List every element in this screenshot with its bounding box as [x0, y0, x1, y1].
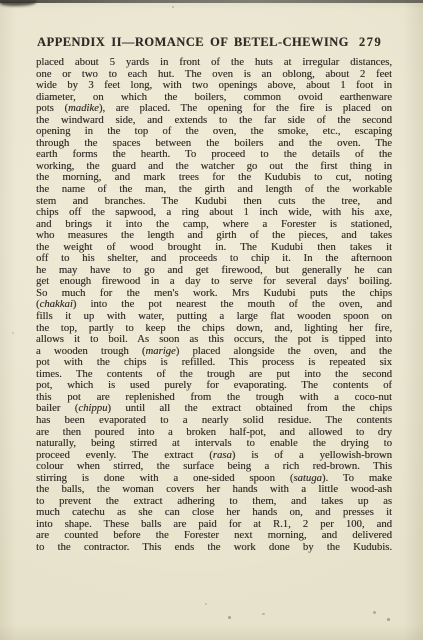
- text-segment: ) into the pot nearest the mouth of the …: [73, 299, 392, 310]
- page-number: 279: [359, 35, 382, 50]
- text-line: bailer (chippu) until all the extract ob…: [36, 403, 392, 415]
- text-line: allows it to boil. As soon as this occur…: [36, 334, 392, 346]
- text-segment: the name of the man, the girth and lengt…: [36, 184, 392, 195]
- text-segment: stirring is done with a one-sided spoon …: [36, 473, 293, 484]
- text-segment: get enough firewood in a day to serve fo…: [36, 276, 392, 287]
- text-line: placed about 5 yards in front of the hut…: [36, 57, 392, 69]
- text-line: through the spaces between the boilers a…: [36, 138, 392, 150]
- text-segment: earth forms the hearth. To proceed to th…: [36, 149, 392, 160]
- text-segment: working, the guard and the watcher go ou…: [36, 161, 392, 172]
- text-segment: into shape. These balls are paid for at …: [36, 519, 392, 530]
- text-segment: ) is of a yellowish-brown: [232, 450, 392, 461]
- vernacular-term: rasa: [213, 450, 232, 461]
- text-line: off to his shelter, and proceeds to chip…: [36, 253, 392, 265]
- text-line: earth forms the hearth. To proceed to th…: [36, 149, 392, 161]
- text-segment: pot with the chips is refilled. This pro…: [36, 357, 392, 368]
- text-line: fills it up with water, putting a large …: [36, 311, 392, 323]
- text-segment: the morning, and mark trees for the Kudu…: [36, 172, 392, 183]
- text-line: the top, partly to keep the chips down, …: [36, 323, 392, 335]
- text-segment: a wooden trough (: [36, 346, 145, 357]
- scan-speck: [172, 6, 174, 8]
- scan-smudge-top-left: [0, 0, 36, 6]
- text-line: stem and branches. The Kudubi then cuts …: [36, 196, 392, 208]
- text-line: the weight of wood brought in. The Kudub…: [36, 242, 392, 254]
- text-segment: to the contractor. This ends the work do…: [36, 542, 392, 553]
- text-line: has been evaporated to a nearly solid re…: [36, 415, 392, 427]
- text-segment: ), are placed. The opening for the fire …: [99, 103, 392, 114]
- text-segment: times. The contents of the trough are pu…: [36, 369, 392, 380]
- text-line: wide by 3 feet long, with two openings a…: [36, 80, 392, 92]
- text-line: working, the guard and the watcher go ou…: [36, 161, 392, 173]
- text-line: diameter, on which the boilers, common o…: [36, 92, 392, 104]
- text-segment: stem and branches. The Kudubi then cuts …: [36, 196, 392, 207]
- text-line: times. The contents of the trough are pu…: [36, 369, 392, 381]
- text-line: one or two to each hut. The oven is an o…: [36, 69, 392, 81]
- text-line: chips off the sapwood, a ring about 1 in…: [36, 207, 392, 219]
- text-segment: opening in the top of the oven, the smok…: [36, 126, 392, 137]
- text-segment: proceed evenly. The extract (: [36, 450, 213, 461]
- text-segment: ). To make: [322, 473, 392, 484]
- vernacular-term: marige: [145, 346, 175, 357]
- text-segment: bailer (: [36, 403, 78, 414]
- running-head-title: APPENDIX II—ROMANCE OF BETEL-CHEWING: [37, 35, 349, 50]
- text-line: who measures the length and girth of the…: [36, 230, 392, 242]
- body-text: placed about 5 yards in front of the hut…: [36, 57, 392, 554]
- text-segment: who measures the length and girth of the…: [36, 230, 392, 241]
- text-line: (chakkai) into the pot nearest the mouth…: [36, 299, 392, 311]
- text-line: are then poured into a broken half-pot, …: [36, 427, 392, 439]
- text-segment: much catechu as she can close her hands …: [36, 507, 392, 518]
- text-line: colour when stirred, the surface being a…: [36, 461, 392, 473]
- text-segment: So much for the men's work. Mrs Kudubi p…: [36, 288, 392, 299]
- text-line: to the contractor. This ends the work do…: [36, 542, 392, 554]
- text-segment: are then poured into a broken half-pot, …: [36, 427, 392, 438]
- book-page: APPENDIX II—ROMANCE OF BETEL-CHEWING 279…: [0, 0, 423, 640]
- text-segment: colour when stirred, the surface being a…: [36, 461, 392, 472]
- text-line: proceed evenly. The extract (rasa) is of…: [36, 450, 392, 462]
- text-segment: ) until all the extract obtained from th…: [107, 403, 392, 414]
- text-line: naturally, being stirred at intervals to…: [36, 438, 392, 450]
- scan-speck: [262, 613, 265, 615]
- text-segment: are counted before the Forester next mor…: [36, 530, 392, 541]
- text-segment: through the spaces between the boilers a…: [36, 138, 392, 149]
- text-segment: pots (: [36, 103, 68, 114]
- scan-speck: [12, 332, 14, 334]
- vernacular-term: madike: [68, 103, 99, 114]
- text-line: get enough firewood in a day to serve fo…: [36, 276, 392, 288]
- text-line: to prevent the extract adhering to them,…: [36, 496, 392, 508]
- text-line: stirring is done with a one-sided spoon …: [36, 473, 392, 485]
- text-line: and brings it into the camp, where a For…: [36, 219, 392, 231]
- text-segment: and brings it into the camp, where a For…: [36, 219, 392, 230]
- text-line: the balls, the woman covers her hands wi…: [36, 484, 392, 496]
- text-segment: ) placed alongside the oven, and the: [176, 346, 392, 357]
- text-line: much catechu as she can close her hands …: [36, 507, 392, 519]
- text-line: the name of the man, the girth and lengt…: [36, 184, 392, 196]
- scan-speck: [387, 618, 390, 621]
- text-line: into shape. These balls are paid for at …: [36, 519, 392, 531]
- text-line: pot with the chips is refilled. This pro…: [36, 357, 392, 369]
- text-segment: wide by 3 feet long, with two openings a…: [36, 80, 392, 91]
- text-segment: naturally, being stirred at intervals to…: [36, 438, 392, 449]
- text-line: the windward side, and extends to the fa…: [36, 115, 392, 127]
- vernacular-term: chakkai: [40, 299, 73, 310]
- text-segment: the balls, the woman covers her hands wi…: [36, 484, 392, 495]
- text-line: So much for the men's work. Mrs Kudubi p…: [36, 288, 392, 300]
- text-segment: to prevent the extract adhering to them,…: [36, 496, 392, 507]
- scan-speck: [205, 603, 207, 605]
- text-segment: the weight of wood brought in. The Kudub…: [36, 242, 392, 253]
- scan-speck: [373, 611, 376, 614]
- text-segment: pot, which is used purely for evaporatin…: [36, 380, 392, 391]
- text-line: opening in the top of the oven, the smok…: [36, 126, 392, 138]
- scan-speck: [228, 616, 231, 619]
- text-line: are counted before the Forester next mor…: [36, 530, 392, 542]
- text-segment: he may have to go and get firewood, but …: [36, 265, 392, 276]
- text-segment: has been evaporated to a nearly solid re…: [36, 415, 392, 426]
- text-line: he may have to go and get firewood, but …: [36, 265, 392, 277]
- text-line: a wooden trough (marige) placed alongsid…: [36, 346, 392, 358]
- text-segment: diameter, on which the boilers, common o…: [36, 92, 392, 103]
- text-segment: placed about 5 yards in front of the hut…: [36, 57, 392, 68]
- vernacular-term: satuga: [293, 473, 322, 484]
- running-head: APPENDIX II—ROMANCE OF BETEL-CHEWING 279: [37, 35, 382, 50]
- text-segment: allows it to boil. As soon as this occur…: [36, 334, 392, 345]
- text-line: this pot are replenished from the trough…: [36, 392, 392, 404]
- text-segment: the windward side, and extends to the fa…: [36, 115, 392, 126]
- text-line: pot, which is used purely for evaporatin…: [36, 380, 392, 392]
- text-segment: the top, partly to keep the chips down, …: [36, 323, 392, 334]
- text-line: pots (madike), are placed. The opening f…: [36, 103, 392, 115]
- vernacular-term: chippu: [78, 403, 107, 414]
- text-segment: one or two to each hut. The oven is an o…: [36, 69, 392, 80]
- text-segment: fills it up with water, putting a large …: [36, 311, 392, 322]
- scan-edge-top: [0, 0, 423, 3]
- text-segment: off to his shelter, and proceeds to chip…: [36, 253, 392, 264]
- text-line: the morning, and mark trees for the Kudu…: [36, 172, 392, 184]
- text-segment: this pot are replenished from the trough…: [36, 392, 392, 403]
- text-segment: chips off the sapwood, a ring about 1 in…: [36, 207, 392, 218]
